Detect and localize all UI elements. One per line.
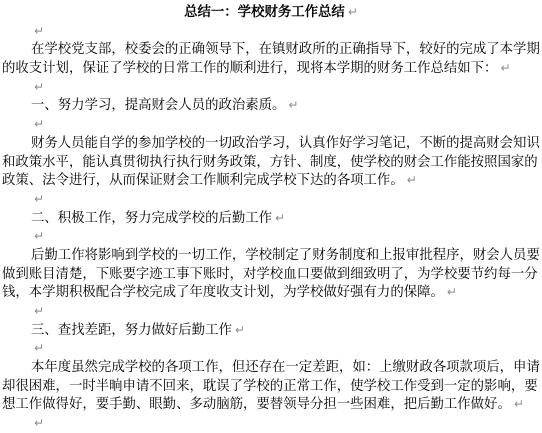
empty-line: ↵ <box>2 78 540 97</box>
line-text: 三、查找差距，努力做好后勤工作 <box>31 322 232 337</box>
paragraph-mark-icon: ↵ <box>34 24 44 38</box>
text-line: 钱，本学期积极配合学校完成了年度收支计划，为学校做好强有力的保障。↵ <box>2 283 540 302</box>
paragraph-mark-icon: ↵ <box>447 285 457 299</box>
empty-line: ↵ <box>2 190 540 209</box>
empty-line: ↵ <box>2 414 540 433</box>
paragraph-mark-icon: ↵ <box>34 80 44 94</box>
page-title: 总结一：学校财务工作总结 <box>184 4 345 19</box>
line-text: 二、积极工作，努力完成学校的后勤工作 <box>31 210 272 225</box>
line-text: 做到账目清楚，下账要字迹工事下账时，对学校血口要做到细致明了，为学校要节约每一分 <box>2 266 538 281</box>
line-text: 一、努力学习，提高财会人员的政治素质。 <box>31 97 285 112</box>
text-line: 却很困难，一时半晌申请不回来，耽误了学校的正常工作，使学校工作受到一定的影响，要 <box>2 377 540 396</box>
line-text: 财务人员能自学的参加学校的一切政治学习，认真作好学习笔记，不断的提高财会知识 <box>31 135 540 150</box>
line-text: 政策、法令进行，从而保证财会工作顺利完成学校下达的各项工作。 <box>2 172 404 187</box>
paragraph-mark-icon: ↵ <box>34 304 44 318</box>
line-text: 钱，本学期积极配合学校完成了年度收支计划，为学校做好强有力的保障。 <box>2 284 444 299</box>
line-text: 和政策水平，能认真贯彻执行执行财务政策，方针、制度，使学校的财会工作能按照国家的 <box>2 154 538 169</box>
empty-line: ↵ <box>2 115 540 134</box>
line-text: 的收支计划，保证了学校的日常工作的顺利进行，现将本学期的财务工作总结如下： <box>2 60 497 75</box>
empty-line: ↵ <box>2 22 540 41</box>
line-text: 在学校党支部，校委会的正确领导下，在镇财政所的正确指导下，较好的完成了本学期 <box>31 41 540 56</box>
paragraph-mark-icon: ↵ <box>34 117 44 131</box>
paragraph-mark-icon: ↵ <box>34 416 44 430</box>
paragraph-mark-icon: ↵ <box>500 61 510 75</box>
text-line: 做到账目清楚，下账要字迹工事下账时，对学校血口要做到细致明了，为学校要节约每一分 <box>2 265 540 284</box>
paragraph-mark-icon: ↵ <box>348 5 358 19</box>
line-text: 想工作做得好，要手勤、眼勤、多动脑筋，要替领导分担一些困难，把后勤工作做好。 <box>2 396 511 411</box>
empty-line: ↵ <box>2 302 540 321</box>
text-line: 三、查找差距，努力做好后勤工作↵ <box>2 321 540 340</box>
paragraph-mark-icon: ↵ <box>514 397 524 411</box>
text-line: 在学校党支部，校委会的正确领导下，在镇财政所的正确指导下，较好的完成了本学期 <box>2 40 540 59</box>
line-text: 却很困难，一时半晌申请不回来，耽误了学校的正常工作，使学校工作受到一定的影响，要 <box>2 378 538 393</box>
text-line: 一、努力学习，提高财会人员的政治素质。↵ <box>2 96 540 115</box>
text-line: 想工作做得好，要手勤、眼勤、多动脑筋，要替领导分担一些困难，把后勤工作做好。↵ <box>2 395 540 414</box>
line-text: 后勤工作将影响到学校的一切工作，学校制定了财务制度和上报审批程序，财会人员要 <box>31 247 540 262</box>
paragraph-mark-icon: ↵ <box>34 192 44 206</box>
text-line: 政策、法令进行，从而保证财会工作顺利完成学校下达的各项工作。↵ <box>2 171 540 190</box>
paragraph-mark-icon: ↵ <box>34 341 44 355</box>
empty-line: ↵ <box>2 227 540 246</box>
text-line: 财务人员能自学的参加学校的一切政治学习，认真作好学习笔记，不断的提高财会知识 <box>2 134 540 153</box>
paragraph-mark-icon: ↵ <box>288 98 298 112</box>
paragraph-mark-icon: ↵ <box>275 211 285 225</box>
paragraph-mark-icon: ↵ <box>34 229 44 243</box>
document-page: 总结一：学校财务工作总结↵ ↵在学校党支部，校委会的正确领导下，在镇财政所的正确… <box>0 0 542 433</box>
empty-line: ↵ <box>2 339 540 358</box>
text-line: 本年度虽然完成学校的各项工作，但还存在一定差距，如：上缴财政各项款项后，申请 <box>2 358 540 377</box>
text-line: 和政策水平，能认真贯彻执行执行财务政策，方针、制度，使学校的财会工作能按照国家的 <box>2 153 540 172</box>
paragraph-mark-icon: ↵ <box>235 323 245 337</box>
text-line: 后勤工作将影响到学校的一切工作，学校制定了财务制度和上报审批程序，财会人员要 <box>2 246 540 265</box>
text-line: 的收支计划，保证了学校的日常工作的顺利进行，现将本学期的财务工作总结如下：↵ <box>2 59 540 78</box>
text-line: 二、积极工作，努力完成学校的后勤工作↵ <box>2 209 540 228</box>
line-text: 本年度虽然完成学校的各项工作，但还存在一定差距，如：上缴财政各项款项后，申请 <box>31 359 540 374</box>
paragraph-mark-icon: ↵ <box>407 173 417 187</box>
document-body: ↵在学校党支部，校委会的正确领导下，在镇财政所的正确指导下，较好的完成了本学期的… <box>2 22 540 433</box>
document-title-line: 总结一：学校财务工作总结↵ <box>2 3 540 22</box>
